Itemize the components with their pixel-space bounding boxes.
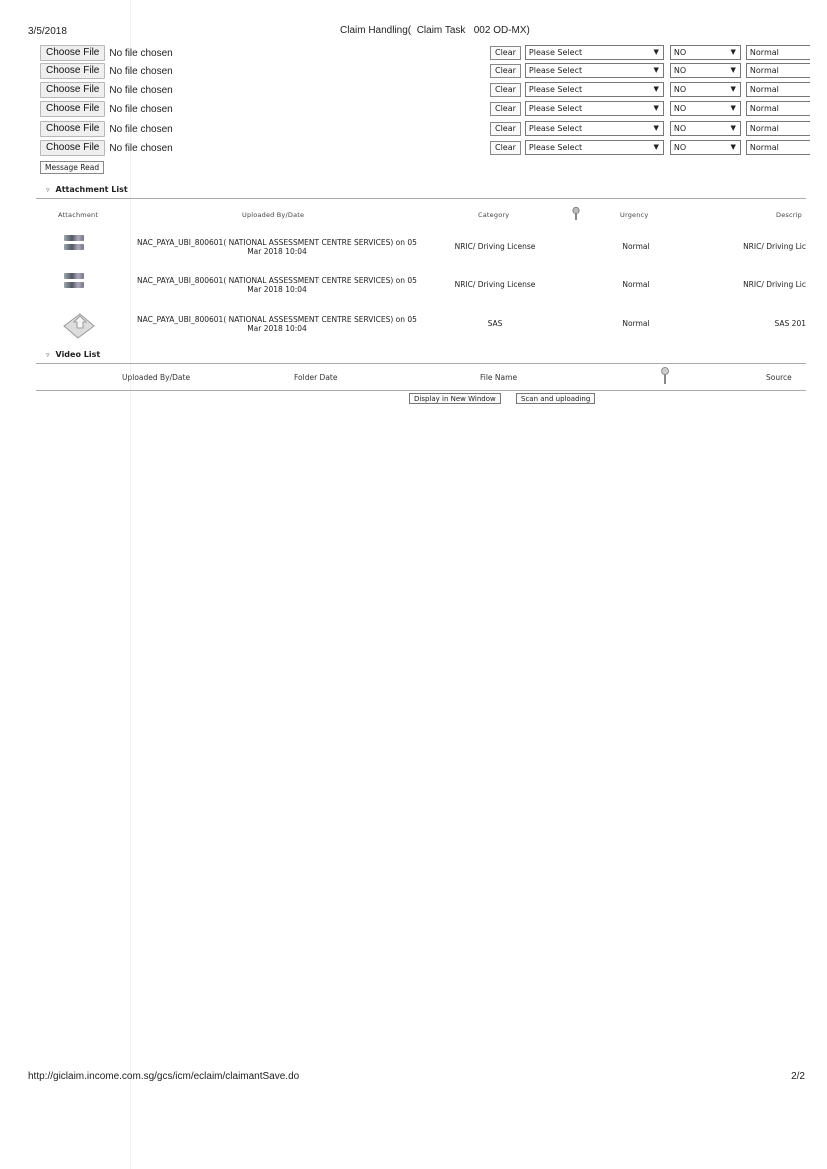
upload-options-row: Clear Please Select▼ NO▼ Normal	[490, 140, 810, 155]
category-select[interactable]: Please Select▼	[525, 45, 664, 60]
file-status: No file chosen	[109, 48, 172, 59]
file-upload-icon[interactable]	[62, 310, 96, 345]
dropdown-arrow-icon: ▼	[731, 64, 736, 77]
dropdown-arrow-icon: ▼	[731, 102, 736, 115]
category-value: Please Select	[529, 85, 582, 94]
flag-select[interactable]: NO▼	[670, 140, 741, 155]
flag-value: NO	[674, 104, 686, 113]
flag-value: NO	[674, 85, 686, 94]
flag-value: NO	[674, 124, 686, 133]
category-select[interactable]: Please Select▼	[525, 121, 664, 136]
message-read-button[interactable]: Message Read	[40, 161, 104, 174]
urgency-select[interactable]: Normal	[746, 140, 810, 155]
uploader-line: NAC_PAYA_UBI_800601( NATIONAL ASSESSMENT…	[126, 276, 428, 285]
file-upload-row: Choose File No file chosen	[40, 63, 173, 79]
uploader-line: NAC_PAYA_UBI_800601( NATIONAL ASSESSMENT…	[126, 238, 428, 247]
urgency-select[interactable]: Normal	[746, 45, 810, 60]
upload-date: Mar 2018 10:04	[126, 285, 428, 294]
key-icon[interactable]	[660, 367, 670, 390]
upload-date: Mar 2018 10:04	[126, 247, 428, 256]
scan-and-upload-button[interactable]: Scan and uploading	[516, 393, 595, 404]
category-value: Please Select	[529, 66, 582, 75]
clear-button[interactable]: Clear	[490, 64, 521, 78]
dropdown-arrow-icon: ▼	[731, 46, 736, 59]
collapse-triangle-icon: ▿	[46, 186, 50, 194]
urgency-value: Normal	[750, 104, 779, 113]
attachment-description: SAS 201	[730, 319, 806, 328]
category-value: Please Select	[529, 48, 582, 57]
upload-options-row: Clear Please Select▼ NO▼ Normal	[490, 45, 810, 60]
flag-select[interactable]: NO▼	[670, 101, 741, 116]
document-scan-thumbnail[interactable]	[64, 235, 84, 253]
col-uploaded-by-date: Uploaded By/Date	[242, 211, 304, 219]
choose-file-button[interactable]: Choose File	[40, 101, 105, 117]
flag-value: NO	[674, 143, 686, 152]
category-value: Please Select	[529, 143, 582, 152]
file-upload-row: Choose File No file chosen	[40, 101, 173, 117]
urgency-value: Normal	[750, 48, 779, 57]
attachment-urgency: Normal	[606, 319, 666, 328]
file-upload-row: Choose File No file chosen	[40, 45, 173, 61]
uploaded-by-date: NAC_PAYA_UBI_800601( NATIONAL ASSESSMENT…	[126, 315, 428, 333]
video-list-title: Video List	[56, 350, 101, 359]
choose-file-button[interactable]: Choose File	[40, 82, 105, 98]
urgency-select[interactable]: Normal	[746, 82, 810, 97]
file-status: No file chosen	[109, 143, 172, 154]
divider	[36, 390, 806, 391]
urgency-value: Normal	[750, 143, 779, 152]
urgency-select[interactable]: Normal	[746, 121, 810, 136]
divider	[36, 198, 806, 199]
urgency-value: Normal	[750, 85, 779, 94]
scan-artifact-line	[130, 0, 131, 1169]
attachment-category: NRIC/ Driving License	[440, 280, 550, 289]
uploaded-by-date: NAC_PAYA_UBI_800601( NATIONAL ASSESSMENT…	[126, 238, 428, 256]
file-status: No file chosen	[109, 104, 172, 115]
clear-button[interactable]: Clear	[490, 141, 521, 155]
attachment-category: SAS	[440, 319, 550, 328]
file-upload-row: Choose File No file chosen	[40, 121, 173, 137]
urgency-value: Normal	[750, 124, 779, 133]
flag-value: NO	[674, 66, 686, 75]
uploader-line: NAC_PAYA_UBI_800601( NATIONAL ASSESSMENT…	[126, 315, 428, 324]
urgency-select[interactable]: Normal	[746, 63, 810, 78]
key-icon[interactable]	[571, 207, 581, 226]
flag-select[interactable]: NO▼	[670, 121, 741, 136]
choose-file-button[interactable]: Choose File	[40, 63, 105, 79]
dropdown-arrow-icon: ▼	[654, 102, 659, 115]
category-select[interactable]: Please Select▼	[525, 82, 664, 97]
flag-select[interactable]: NO▼	[670, 63, 741, 78]
dropdown-arrow-icon: ▼	[654, 64, 659, 77]
category-select[interactable]: Please Select▼	[525, 140, 664, 155]
collapse-triangle-icon: ▿	[46, 351, 50, 359]
clear-button[interactable]: Clear	[490, 83, 521, 97]
dropdown-arrow-icon: ▼	[731, 83, 736, 96]
attachment-list-title: Attachment List	[56, 185, 128, 194]
footer-url: http://giclaim.income.com.sg/gcs/icm/ecl…	[28, 1071, 299, 1082]
dropdown-arrow-icon: ▼	[654, 122, 659, 135]
clear-button[interactable]: Clear	[490, 46, 521, 60]
attachment-description: NRIC/ Driving Lic	[730, 242, 806, 251]
video-col-source: Source	[766, 373, 792, 382]
upload-options-row: Clear Please Select▼ NO▼ Normal	[490, 82, 810, 97]
col-attachment: Attachment	[58, 211, 98, 219]
file-status: No file chosen	[109, 66, 172, 77]
video-list-header[interactable]: ▿Video List	[46, 350, 100, 359]
attachment-list-header[interactable]: ▿Attachment List	[46, 185, 128, 194]
choose-file-button[interactable]: Choose File	[40, 45, 105, 61]
flag-select[interactable]: NO▼	[670, 45, 741, 60]
file-status: No file chosen	[109, 85, 172, 96]
upload-options-row: Clear Please Select▼ NO▼ Normal	[490, 63, 810, 78]
video-col-folder-date: Folder Date	[294, 373, 338, 382]
file-upload-row: Choose File No file chosen	[40, 140, 173, 156]
file-upload-row: Choose File No file chosen	[40, 82, 173, 98]
urgency-select[interactable]: Normal	[746, 101, 810, 116]
page-number: 2/2	[791, 1071, 805, 1082]
display-new-window-button[interactable]: Display in New Window	[409, 393, 501, 404]
attachment-category: NRIC/ Driving License	[440, 242, 550, 251]
choose-file-button[interactable]: Choose File	[40, 121, 105, 137]
print-date: 3/5/2018	[28, 26, 67, 37]
page-title: Claim Handling( Claim Task 002 OD-MX)	[340, 25, 530, 36]
upload-options-row: Clear Please Select▼ NO▼ Normal	[490, 101, 810, 116]
dropdown-arrow-icon: ▼	[654, 46, 659, 59]
upload-date: Mar 2018 10:04	[126, 324, 428, 333]
attachment-urgency: Normal	[606, 242, 666, 251]
clear-button[interactable]: Clear	[490, 122, 521, 136]
flag-select[interactable]: NO▼	[670, 82, 741, 97]
dropdown-arrow-icon: ▼	[654, 141, 659, 154]
clear-button[interactable]: Clear	[490, 102, 521, 116]
divider	[36, 363, 806, 364]
attachment-urgency: Normal	[606, 280, 666, 289]
attachment-description: NRIC/ Driving Lic	[730, 280, 806, 289]
video-col-file-name: File Name	[480, 373, 517, 382]
document-scan-thumbnail[interactable]	[64, 273, 84, 291]
dropdown-arrow-icon: ▼	[654, 83, 659, 96]
choose-file-button[interactable]: Choose File	[40, 140, 105, 156]
dropdown-arrow-icon: ▼	[731, 141, 736, 154]
col-category: Category	[478, 211, 509, 219]
uploaded-by-date: NAC_PAYA_UBI_800601( NATIONAL ASSESSMENT…	[126, 276, 428, 294]
category-value: Please Select	[529, 124, 582, 133]
category-value: Please Select	[529, 104, 582, 113]
col-description: Descrip	[776, 211, 802, 219]
flag-value: NO	[674, 48, 686, 57]
video-col-uploaded-by-date: Uploaded By/Date	[122, 373, 190, 382]
upload-options-row: Clear Please Select▼ NO▼ Normal	[490, 121, 810, 136]
urgency-value: Normal	[750, 66, 779, 75]
dropdown-arrow-icon: ▼	[731, 122, 736, 135]
col-urgency: Urgency	[620, 211, 648, 219]
file-status: No file chosen	[109, 124, 172, 135]
category-select[interactable]: Please Select▼	[525, 101, 664, 116]
category-select[interactable]: Please Select▼	[525, 63, 664, 78]
